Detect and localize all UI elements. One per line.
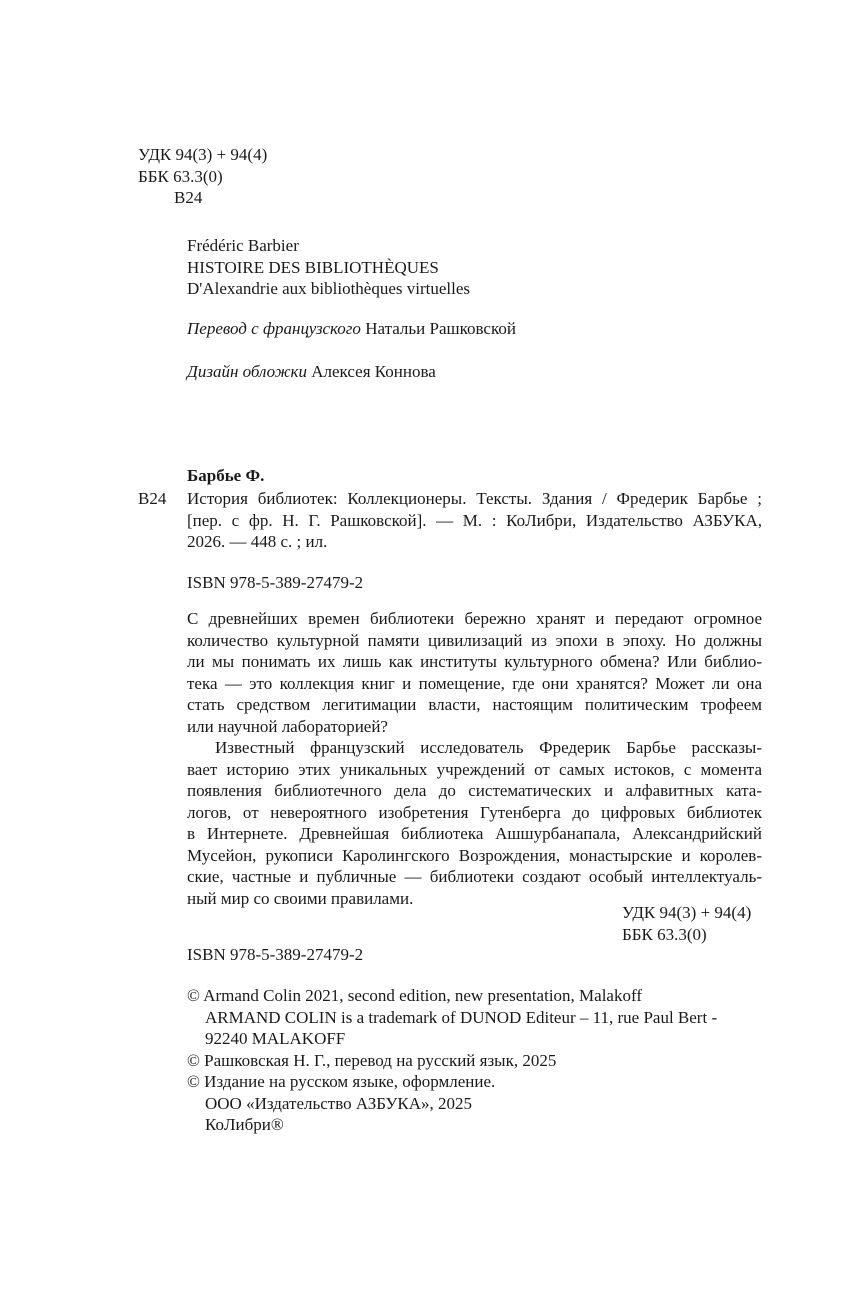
annotation-line: вает историю этих уникальных учреждений … — [187, 759, 762, 781]
annotation-line: ские, частные и публичные — библиотеки с… — [187, 866, 762, 888]
isbn-bottom: ISBN 978-5-389-27479-2 — [187, 944, 363, 966]
translator-credit: Перевод с французского Натальи Рашковско… — [187, 318, 516, 340]
copyright-line: © Рашковская Н. Г., перевод на русский я… — [187, 1050, 717, 1072]
annotation-line: в Интернете. Древнейшая библиотека Ашшур… — [187, 823, 762, 845]
annotation-line: тека — это коллекция книг и помещение, г… — [187, 673, 762, 695]
original-subtitle: D'Alexandrie aux bibliothèques virtuelle… — [187, 278, 470, 300]
annotation-paragraph-1: С древнейших времен библиотеки бережно х… — [187, 608, 762, 737]
bbk-code: ББК 63.3(0) — [622, 924, 751, 946]
copyright-block: © Armand Colin 2021, second edition, new… — [187, 985, 717, 1136]
annotation-line: стать средством легитимации власти, наст… — [187, 694, 762, 716]
copyright-line: © Издание на русском языке, оформление. — [187, 1071, 717, 1093]
original-author: Frédéric Barbier — [187, 235, 470, 257]
annotation-line: логов, от невероятного изобретения Гутен… — [187, 802, 762, 824]
annotation: С древнейших времен библиотеки бережно х… — [187, 608, 762, 909]
designer-name: Алексея Коннова — [311, 362, 436, 381]
author-sign: В24 — [138, 187, 267, 209]
copyright-line: 92240 MALAKOFF — [187, 1028, 717, 1050]
annotation-paragraph-2: Известный французский исследователь Фред… — [187, 737, 762, 909]
original-title: HISTOIRE DES BIBLIOTHÈQUES — [187, 257, 470, 279]
annotation-line: или научной лабораторией? — [187, 716, 762, 738]
annotation-line: появления библиотечного дела до системат… — [187, 780, 762, 802]
biblio-line: 2026. — 448 с. ; ил. — [187, 531, 762, 553]
bibliographic-description: История библиотек: Коллекционеры. Тексты… — [187, 488, 762, 553]
bbk-code: ББК 63.3(0) — [138, 166, 267, 188]
biblio-line: [пер. с фр. Н. Г. Рашковской]. — М. : Ко… — [187, 510, 762, 532]
record-code: В24 — [138, 488, 166, 510]
classification-block-top: УДК 94(3) + 94(4) ББК 63.3(0) В24 — [138, 144, 267, 209]
designer-credit: Дизайн обложки Алексея Коннова — [187, 361, 436, 383]
biblio-line: История библиотек: Коллекционеры. Тексты… — [187, 488, 762, 510]
translator-name: Натальи Рашковской — [365, 319, 516, 338]
udk-code: УДК 94(3) + 94(4) — [622, 902, 751, 924]
annotation-line: ли мы понимать их лишь как институты кул… — [187, 651, 762, 673]
udk-code: УДК 94(3) + 94(4) — [138, 144, 267, 166]
copyright-line: ООО «Издательство АЗБУКА», 2025 — [187, 1093, 717, 1115]
annotation-line: количество культурной памяти цивилизаций… — [187, 630, 762, 652]
isbn: ISBN 978-5-389-27479-2 — [187, 572, 363, 594]
annotation-line: Известный французский исследователь Фред… — [187, 737, 762, 759]
record-author-heading: Барбье Ф. — [187, 465, 264, 487]
annotation-line: Мусейон, рукописи Каролингского Возрожде… — [187, 845, 762, 867]
annotation-line: С древнейших времен библиотеки бережно х… — [187, 608, 762, 630]
copyright-line: ARMAND COLIN is a trademark of DUNOD Edi… — [187, 1007, 717, 1029]
translation-label: Перевод с французского — [187, 319, 361, 338]
classification-block-bottom: УДК 94(3) + 94(4) ББК 63.3(0) — [622, 902, 751, 945]
original-edition-block: Frédéric Barbier HISTOIRE DES BIBLIOTHÈQ… — [187, 235, 470, 300]
copyright-line: КоЛибри® — [187, 1114, 717, 1136]
design-label: Дизайн обложки — [187, 362, 307, 381]
copyright-line: © Armand Colin 2021, second edition, new… — [187, 985, 717, 1007]
